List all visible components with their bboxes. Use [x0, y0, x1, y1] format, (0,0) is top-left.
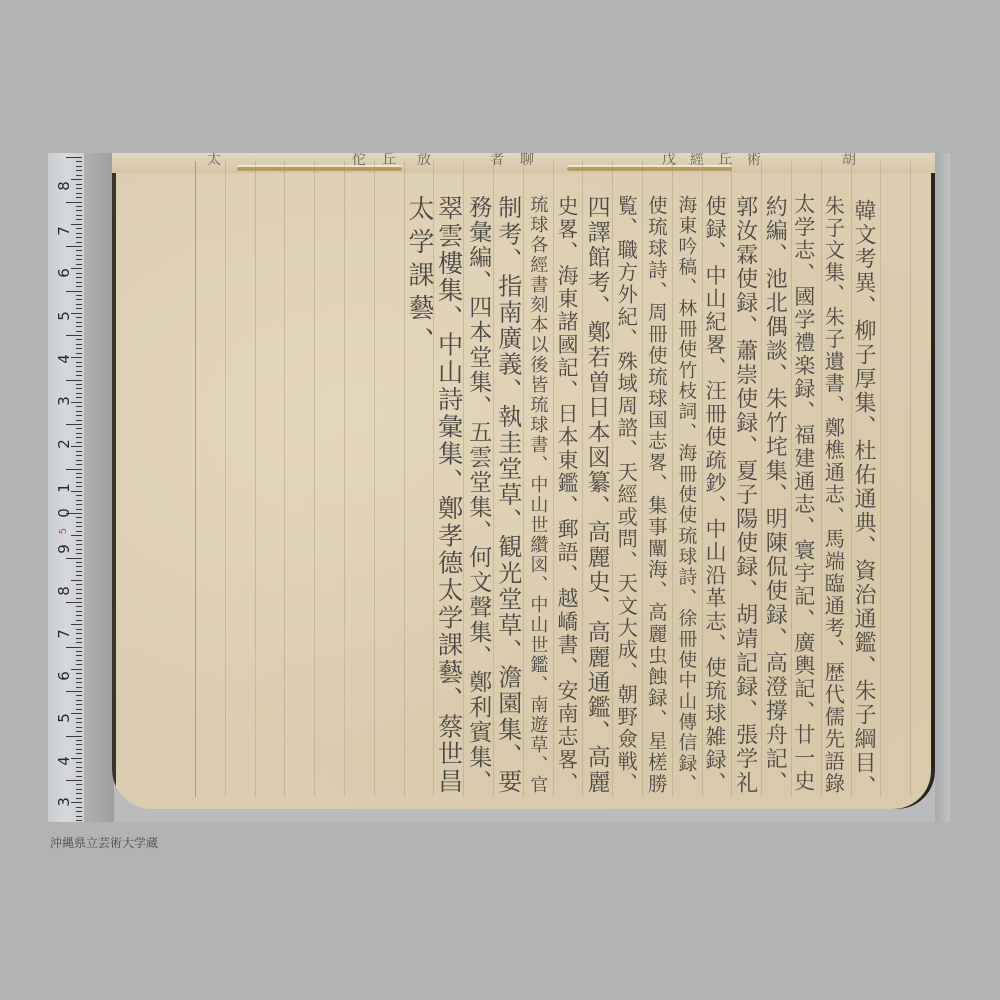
ruler-number: 8 [56, 176, 72, 196]
ruler-tick [76, 433, 82, 434]
ruler-tick [76, 473, 82, 474]
ruler-tick [76, 486, 82, 487]
top-fragment: 佗 [352, 153, 366, 169]
text-column: 朱子文集、朱子遺書、鄭樵通志、馬端臨通考、歴代儒先語錄 [818, 195, 848, 795]
ruler-tick [76, 642, 82, 643]
ruler-tick [76, 584, 82, 585]
ruled-line [344, 161, 345, 797]
ruler-tick [76, 219, 82, 220]
ruler-number: 9 [56, 539, 72, 559]
ruler-tick [76, 500, 82, 501]
ruler-tick [76, 464, 82, 465]
ruler-tick [76, 517, 82, 518]
ruler-tick [76, 317, 82, 318]
ruler-tick [76, 228, 82, 229]
ruler-tick [76, 807, 82, 808]
ruler-tick [66, 157, 82, 158]
ruler-tick [76, 767, 82, 768]
ruler-red-mark: 5 [56, 521, 72, 541]
ruler-tick [76, 598, 82, 599]
ruler-number: 6 [56, 666, 72, 686]
ruler-number: 0 [56, 503, 72, 523]
ruler-tick [76, 615, 82, 616]
ruler-tick [76, 704, 82, 705]
top-fragment: 戊 [662, 153, 676, 169]
ruler-tick [76, 633, 82, 634]
top-fragment: 太 [207, 153, 221, 169]
ruler-tick [76, 611, 82, 612]
ruler-tick [76, 687, 82, 688]
ruler-tick [76, 308, 82, 309]
ruler-tick [76, 816, 82, 817]
ruler-tick [76, 522, 82, 523]
ruler-tick [76, 411, 82, 412]
notebook-page: 太 佗 丘 放 者 聊 戊 經 丘 術 胡 韓文考異、柳子厚集、杜佑通典、資治通… [112, 153, 935, 809]
ruler-tick [76, 700, 82, 701]
ruler-tick [76, 771, 82, 772]
ruler-tick [71, 224, 82, 225]
ruler-tick [76, 544, 82, 545]
ruler-tick [76, 388, 82, 389]
text-column: 制考、指南廣義、執圭堂草、観光堂草、澹園集、要 [493, 195, 523, 795]
ruled-line [225, 161, 226, 797]
ruler-tick [76, 442, 82, 443]
ruler-tick [76, 197, 82, 198]
ruler-tick [76, 731, 82, 732]
ruler-tick [76, 509, 82, 510]
ruler-number: 7 [56, 624, 72, 644]
ruler-number: 8 [56, 581, 72, 601]
ruler-tick [71, 580, 82, 581]
ruler-tick [76, 166, 82, 167]
text-column: 務彙編、四本堂集、五雲堂集、何文聲集、鄭利賓集、 [463, 195, 493, 795]
ruler-tick [76, 326, 82, 327]
ruled-line [255, 161, 256, 797]
ruler-tick [76, 526, 82, 527]
ruler-tick [76, 282, 82, 283]
ruler-number: 1 [56, 478, 72, 498]
ruler-number: 4 [56, 751, 72, 771]
ruled-line [284, 161, 285, 797]
ruler-tick [76, 397, 82, 398]
ruler-tick [76, 339, 82, 340]
ruled-line [910, 161, 911, 797]
ruler-tick [76, 753, 82, 754]
ruler-tick [66, 691, 82, 692]
measuring-ruler: 87654321059876543 [48, 153, 84, 822]
ruler-number: 5 [56, 306, 72, 326]
ruler-tick [76, 451, 82, 452]
ruler-tick [76, 682, 82, 683]
ruler-tick [76, 549, 82, 550]
top-fragment: 胡 [842, 153, 856, 169]
ruler-tick [76, 740, 82, 741]
ruler-tick [66, 202, 82, 203]
ruler-tick [76, 353, 82, 354]
ruler-number: 3 [56, 792, 72, 812]
ruler-tick [76, 255, 82, 256]
top-fragment: 丘 [382, 153, 396, 169]
ruler-tick [76, 384, 82, 385]
ruler-tick [76, 566, 82, 567]
ruler-tick [76, 322, 82, 323]
ruler-tick [76, 638, 82, 639]
ruler-tick [76, 744, 82, 745]
ruler-tick [76, 718, 82, 719]
ruler-tick [76, 420, 82, 421]
ruler-tick [76, 362, 82, 363]
ruler-number: 4 [56, 349, 72, 369]
ruler-tick [76, 299, 82, 300]
text-column: 約編、池北偶談、朱竹垞集、明陳侃使録、高澄撐舟記、 [759, 195, 789, 795]
ruler-tick [76, 660, 82, 661]
top-fragment: 丘 [718, 153, 732, 169]
ruler-number: 7 [56, 221, 72, 241]
ruled-line [195, 161, 196, 797]
ruler-tick [76, 206, 82, 207]
ruler-tick [76, 175, 82, 176]
ruler-tick [76, 428, 82, 429]
ruler-tick [76, 250, 82, 251]
ruler-tick [76, 749, 82, 750]
ruler-tick [76, 477, 82, 478]
ruler-tick [76, 673, 82, 674]
ruler-tick [76, 695, 82, 696]
ruler-tick [66, 246, 82, 247]
ruler-tick [76, 664, 82, 665]
ruler-tick [76, 562, 82, 563]
text-column: 琉球各經書刻本以後皆琉球書、中山世纘図、中山世鑑、南遊草、官 [522, 195, 552, 795]
ruler-tick [76, 575, 82, 576]
ruler-tick [76, 437, 82, 438]
ruler-tick [76, 264, 82, 265]
ruler-tick [76, 237, 82, 238]
text-column: 史畧、海東諸國記、日本東鑑、郵語、越嶠書、安南志畧、 [552, 195, 582, 795]
ruler-tick [76, 553, 82, 554]
ruler-tick [76, 184, 82, 185]
ruler-tick [76, 798, 82, 799]
collection-caption: 沖縄県立芸術大学蔵 [50, 834, 158, 851]
text-column: 四譯館考、鄭若曽日本図纂、高麗史、高麗通鑑、高麗 [582, 195, 612, 795]
ruler-tick [66, 780, 82, 781]
ruler-tick [71, 179, 82, 180]
text-column: 太学志、國学禮楽録、福建通志、寰宇記、廣輿記、廿一史 [789, 193, 819, 793]
ruler-tick [76, 606, 82, 607]
ruler-tick [76, 188, 82, 189]
ruler-tick [76, 366, 82, 367]
ruler-tick [76, 589, 82, 590]
ruler-tick [66, 335, 82, 336]
ruler-tick [71, 535, 82, 536]
ruler-tick [66, 469, 82, 470]
ruler-tick [76, 762, 82, 763]
ruler-tick [76, 161, 82, 162]
ruler-tick [76, 455, 82, 456]
ruler-tick [76, 415, 82, 416]
ruler-shadow [84, 153, 114, 822]
ruler-tick [76, 233, 82, 234]
ruler-tick [76, 295, 82, 296]
ruler-tick [76, 655, 82, 656]
ruler-tick [66, 736, 82, 737]
top-fragment: 術 [747, 153, 761, 169]
ruler-tick [76, 344, 82, 345]
ruler-tick [76, 215, 82, 216]
photo-right-edge [935, 153, 950, 822]
ruler-tick [76, 460, 82, 461]
ruler-tick [66, 291, 82, 292]
top-fragment: 放 [417, 153, 431, 169]
text-column: 翠雲樓集、中山詩彙集、鄭孝德太学課藝、蔡世昌 [434, 195, 464, 795]
ruler-tick [76, 371, 82, 372]
ruler-number: 2 [56, 434, 72, 454]
ruler-tick [76, 210, 82, 211]
ruler-tick [76, 495, 82, 496]
ruler-tick [76, 273, 82, 274]
ruler-tick [76, 678, 82, 679]
ruler-tick [76, 571, 82, 572]
ruler-tick [76, 651, 82, 652]
ruler-tick [76, 504, 82, 505]
text-column: 使琉球詩、周冊使琉球国志畧、集事闡海、高麗虫蝕録、星槎勝 [641, 195, 671, 795]
text-column: 韓文考異、柳子厚集、杜佑通典、資治通鑑、朱子綱目、 [848, 199, 878, 799]
ruler-tick [76, 811, 82, 812]
ruler-tick [66, 602, 82, 603]
ruler-tick [76, 393, 82, 394]
ruler-tick [66, 424, 82, 425]
ruler-tick [76, 709, 82, 710]
ruler-tick [76, 193, 82, 194]
ruler-tick [76, 629, 82, 630]
ruler-tick [76, 789, 82, 790]
ruler-tick [76, 331, 82, 332]
ruler-tick [76, 820, 82, 821]
ruler-tick [76, 722, 82, 723]
ruler-number: 3 [56, 391, 72, 411]
ruler-tick [76, 242, 82, 243]
text-column: 海東吟稿、林冊使竹枝詞、海冊使使琉球詩、徐冊使中山傳信録、 [670, 195, 700, 795]
ruler-tick [76, 620, 82, 621]
text-column: 覧、職方外紀、殊域周諮、天經或問、天文大成、朝野僉戦、 [611, 195, 641, 795]
text-column: 太学課藝、 [404, 195, 434, 360]
ruler-tick [76, 784, 82, 785]
ruler-tick [76, 482, 82, 483]
ruler-tick [76, 531, 82, 532]
ruler-number: 5 [56, 708, 72, 728]
ruled-line [314, 161, 315, 797]
ruler-tick [76, 286, 82, 287]
text-column: 郭汝霖使録、蕭崇使録、夏子陽使録、胡靖記録、張学礼 [730, 195, 760, 795]
ruler-tick [66, 380, 82, 381]
ruled-line [374, 161, 375, 797]
ruler-tick [76, 406, 82, 407]
ruler-tick [76, 304, 82, 305]
ruler-tick [76, 727, 82, 728]
ruler-tick [76, 540, 82, 541]
text-column: 使録、中山紀畧、汪冊使疏鈔、中山沿革志、使琉球雑録、 [700, 195, 730, 795]
ruler-tick [76, 259, 82, 260]
ruler-tick [76, 793, 82, 794]
ruler-tick [71, 624, 82, 625]
ruler-number: 6 [56, 263, 72, 283]
ruled-line [880, 161, 881, 797]
binding-strip-right [567, 167, 732, 171]
ruler-tick [76, 375, 82, 376]
ruler-tick [76, 170, 82, 171]
ruler-tick [76, 348, 82, 349]
binding-strip-left [237, 167, 402, 171]
ruler-tick [71, 669, 82, 670]
ruler-tick [76, 776, 82, 777]
ruler-tick [66, 647, 82, 648]
ruler-tick [76, 277, 82, 278]
ruler-tick [76, 593, 82, 594]
